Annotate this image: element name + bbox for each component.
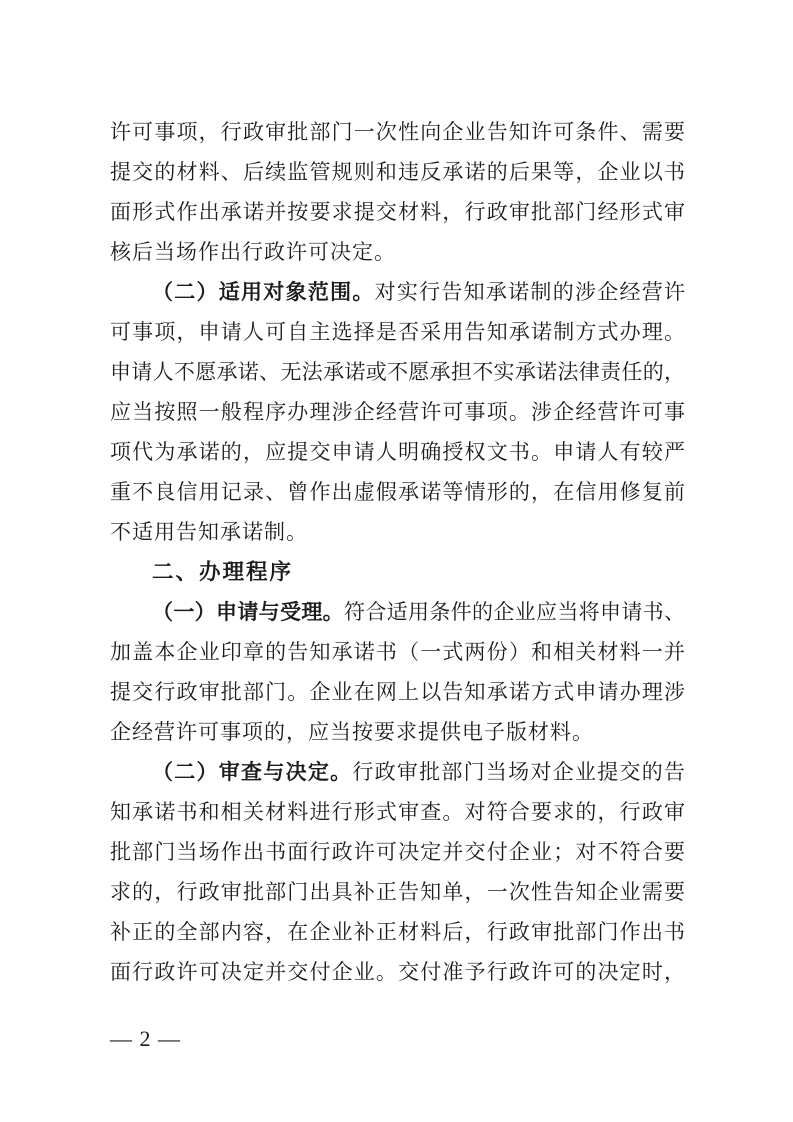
line-text: 对实行告知承诺制的涉企经营许: [375, 280, 685, 304]
text-line: 批部门当场作出书面行政许可决定并交付企业；对不符合要: [110, 832, 685, 872]
line-text: 符合适用条件的企业应当将申请书、: [344, 600, 685, 624]
line-text: 许可事项，行政审批部门一次性向企业告知许可条件、需要: [110, 120, 685, 144]
line-text: 重不良信用记录、曾作出虚假承诺等情形的，在信用修复前: [110, 480, 685, 504]
text-line: 知承诺书和相关材料进行形式审查。对符合要求的，行政审: [110, 792, 685, 832]
text-line: 加盖本企业印章的告知承诺书（一式两份）和相关材料一并: [110, 632, 685, 672]
document-page: 许可事项，行政审批部门一次性向企业告知许可条件、需要提交的材料、后续监管规则和违…: [0, 0, 793, 1122]
text-line: 项代为承诺的，应提交申请人明确授权文书。申请人有较严: [110, 432, 685, 472]
line-text: 面形式作出承诺并按要求提交材料，行政审批部门经形式审: [110, 200, 685, 224]
line-text: 行政审批部门当场对企业提交的告: [352, 760, 685, 784]
line-text: 核后当场作出行政许可决定。: [110, 240, 396, 264]
line-text: 应当按照一般程序办理涉企经营许可事项。涉企经营许可事: [110, 400, 685, 424]
text-line: （二）适用对象范围。对实行告知承诺制的涉企经营许: [110, 272, 685, 312]
line-text: 面行政许可决定并交付企业。交付准予行政许可的决定时，: [110, 960, 685, 984]
line-text: 申请人不愿承诺、无法承诺或不愿承担不实承诺法律责任的，: [110, 360, 685, 384]
line-text: 项代为承诺的，应提交申请人明确授权文书。申请人有较严: [110, 440, 685, 464]
text-line: 面形式作出承诺并按要求提交材料，行政审批部门经形式审: [110, 192, 685, 232]
text-line: 重不良信用记录、曾作出虚假承诺等情形的，在信用修复前: [110, 472, 685, 512]
line-text: 可事项，申请人可自主选择是否采用告知承诺制方式办理。: [110, 320, 685, 344]
text-line: 应当按照一般程序办理涉企经营许可事项。涉企经营许可事: [110, 392, 685, 432]
line-text: 二、办理程序: [152, 560, 293, 584]
text-line: 许可事项，行政审批部门一次性向企业告知许可条件、需要: [110, 112, 685, 152]
line-text: 批部门当场作出书面行政许可决定并交付企业；对不符合要: [110, 840, 685, 864]
text-line: 企经营许可事项的，应当按要求提供电子版材料。: [110, 712, 685, 752]
paragraph-lead: （二）适用对象范围。: [152, 280, 375, 304]
text-line: 面行政许可决定并交付企业。交付准予行政许可的决定时，: [110, 952, 685, 992]
line-text: 知承诺书和相关材料进行形式审查。对符合要求的，行政审: [110, 800, 685, 824]
text-line: （二）审查与决定。行政审批部门当场对企业提交的告: [110, 752, 685, 792]
paragraph-lead: （二）审查与决定。: [152, 760, 352, 784]
line-text: 求的，行政审批部门出具补正告知单，一次性告知企业需要: [110, 880, 685, 904]
section-heading: 二、办理程序: [110, 552, 685, 592]
line-text: 提交行政审批部门。企业在网上以告知承诺方式申请办理涉: [110, 680, 685, 704]
text-line: 求的，行政审批部门出具补正告知单，一次性告知企业需要: [110, 872, 685, 912]
text-line: 核后当场作出行政许可决定。: [110, 232, 685, 272]
text-line: 提交的材料、后续监管规则和违反承诺的后果等，企业以书: [110, 152, 685, 192]
text-line: （一）申请与受理。符合适用条件的企业应当将申请书、: [110, 592, 685, 632]
line-text: 补正的全部内容，在企业补正材料后，行政审批部门作出书: [110, 920, 685, 944]
document-body: 许可事项，行政审批部门一次性向企业告知许可条件、需要提交的材料、后续监管规则和违…: [110, 112, 685, 992]
text-line: 申请人不愿承诺、无法承诺或不愿承担不实承诺法律责任的，: [110, 352, 685, 392]
line-text: 提交的材料、后续监管规则和违反承诺的后果等，企业以书: [110, 160, 685, 184]
line-text: 加盖本企业印章的告知承诺书（一式两份）和相关材料一并: [110, 640, 685, 664]
line-text: 企经营许可事项的，应当按要求提供电子版材料。: [110, 720, 594, 744]
text-line: 不适用告知承诺制。: [110, 512, 685, 552]
footer-page-number: — 2 —: [110, 1026, 181, 1052]
text-line: 提交行政审批部门。企业在网上以告知承诺方式申请办理涉: [110, 672, 685, 712]
paragraph-lead: （一）申请与受理。: [152, 600, 344, 624]
text-line: 补正的全部内容，在企业补正材料后，行政审批部门作出书: [110, 912, 685, 952]
text-line: 可事项，申请人可自主选择是否采用告知承诺制方式办理。: [110, 312, 685, 352]
line-text: 不适用告知承诺制。: [110, 520, 308, 544]
